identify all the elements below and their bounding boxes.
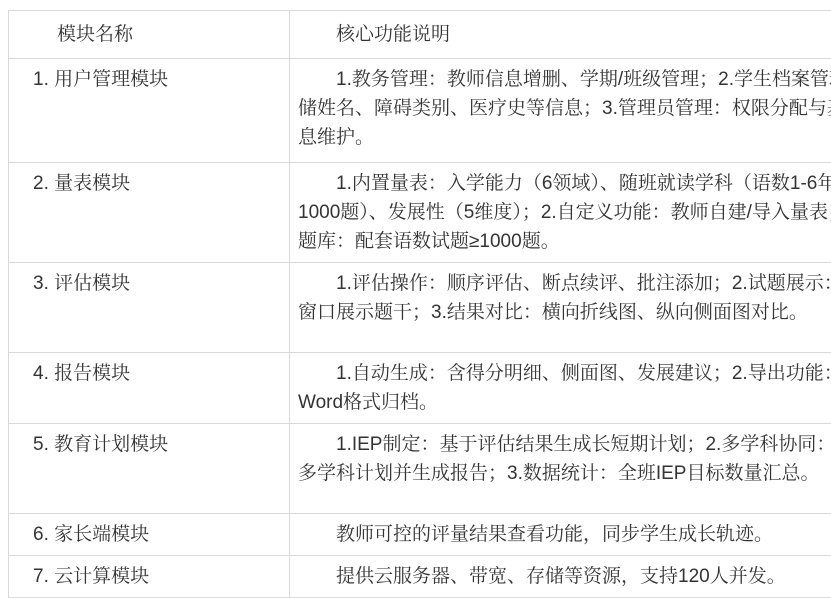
table-row: 4. 报告模块 1.自动生成：含得分明细、侧面图、发展建议；2.导出功能：支持W… [9, 353, 831, 424]
function-description-cell: 1.教务管理：教师信息增删、学期/班级管理；2.学生档案管理：存储姓名、障碍类别… [290, 59, 831, 163]
module-name-cell: 1. 用户管理模块 [9, 59, 290, 163]
function-description-cell: 提供云服务器、带宽、存储等资源，支持120人并发。 [290, 556, 831, 598]
modules-table: 模块名称 核心功能说明 1. 用户管理模块 1.教务管理：教师信息增删、学期/班… [8, 10, 831, 598]
core-function-header: 核心功能说明 [290, 11, 831, 59]
module-name-cell: 7. 云计算模块 [9, 556, 290, 598]
table-row: 3. 评估模块 1.评估操作：顺序评估、断点续评、批注添加；2.试题展示：独立窗… [9, 263, 831, 353]
function-description-cell: 教师可控的评量结果查看功能，同步学生成长轨迹。 [290, 514, 831, 556]
module-name-cell: 3. 评估模块 [9, 263, 290, 353]
function-description-cell: 1.自动生成：含得分明细、侧面图、发展建议；2.导出功能：支持Word格式归档。 [290, 353, 831, 424]
function-description-cell: 1.内置量表：入学能力（6领域）、随班就读学科（语数1-6年级，≥1000题）、… [290, 163, 831, 263]
module-name-cell: 6. 家长端模块 [9, 514, 290, 556]
module-name-header: 模块名称 [9, 11, 290, 59]
module-name-cell: 5. 教育计划模块 [9, 424, 290, 514]
function-description-cell: 1.评估操作：顺序评估、断点续评、批注添加；2.试题展示：独立窗口展示题干；3.… [290, 263, 831, 353]
module-name-cell: 4. 报告模块 [9, 353, 290, 424]
module-name-cell: 2. 量表模块 [9, 163, 290, 263]
table-row: 5. 教育计划模块 1.IEP制定：基于评估结果生成长短期计划；2.多学科协同：… [9, 424, 831, 514]
header-row: 模块名称 核心功能说明 [9, 11, 831, 59]
table-row: 1. 用户管理模块 1.教务管理：教师信息增删、学期/班级管理；2.学生档案管理… [9, 59, 831, 163]
table-row: 6. 家长端模块 教师可控的评量结果查看功能，同步学生成长轨迹。 [9, 514, 831, 556]
table-row: 7. 云计算模块 提供云服务器、带宽、存储等资源，支持120人并发。 [9, 556, 831, 598]
table-row: 2. 量表模块 1.内置量表：入学能力（6领域）、随班就读学科（语数1-6年级，… [9, 163, 831, 263]
function-description-cell: 1.IEP制定：基于评估结果生成长短期计划；2.多学科协同：汇总多学科计划并生成… [290, 424, 831, 514]
